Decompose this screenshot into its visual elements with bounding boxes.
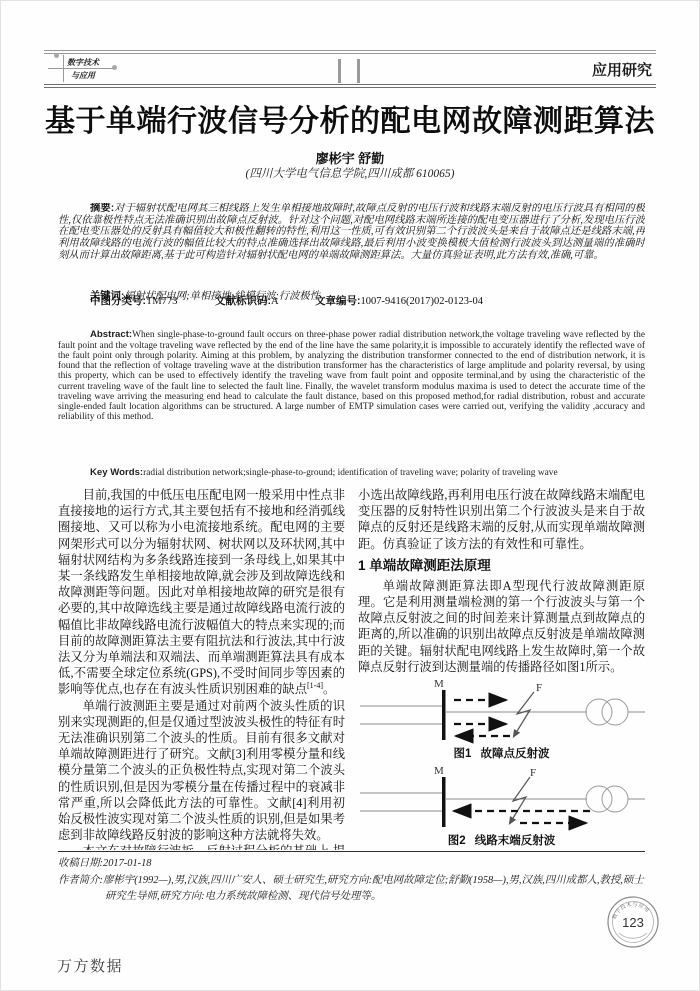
busbar-label: M [434, 676, 444, 692]
page-title: 基于单端行波信号分析的配电网故障测距算法 [0, 96, 700, 140]
journal-page: 数字技术 与应用 应用研究 基于单端行波信号分析的配电网故障测距算法 廖彬宇 舒… [0, 0, 700, 991]
header-tick-mark [338, 59, 341, 83]
figure-1: M F 图1故障点反射波 [358, 678, 645, 762]
journal-logo: 数字技术 与应用 [52, 56, 142, 84]
transformer-icon [586, 786, 628, 812]
right-column: 小选出故障线路,再利用电压行波在故障线路末端配电变压器的反射特性识别出第二个行波… [358, 487, 645, 850]
paragraph-2: 单端行波测距主要是通过对前两个波头性质的识别来实现测距的,但是仅通过型波波头极性… [58, 698, 345, 844]
section-heading-1: 1 单端故障测距法原理 [358, 557, 645, 574]
traveling-wave-arrows [454, 700, 510, 736]
page-stamp-seal-icon: 数字技术与应用 123 [604, 893, 662, 951]
fault-bolt-icon [514, 692, 534, 736]
abstract-cn: 摘要:对于辐射状配电网其三相线路上发生单相接地故障时,故障点反射的电压行波和线路… [58, 203, 645, 285]
logo-divider [63, 55, 64, 82]
paragraph-5: 单端故障测距算法即A型现代行波故障测距原理。它是利用测量端检测的第一个行波波头与… [358, 578, 645, 675]
journal-name-line1: 数字技术 [67, 57, 99, 68]
article-id: 文章编号:1007-9416(2017)02-0123-04 [315, 293, 483, 308]
traveling-wave-arrows [454, 811, 590, 823]
footnote-divider [58, 851, 645, 852]
author-bio: 作者简介:廖彬宇(1992—),男,汉族,四川广安人、硕士研究生,研究方向:配电… [58, 873, 645, 906]
paragraph-3: 本文在对故障行波折、反射过程分析的基础上,提出了针对配电网辐射状网络的单端故障测… [58, 843, 345, 850]
figure-2-caption: 图2线路末端反射波 [358, 833, 645, 849]
paragraph-1: 目前,我国的中低压电压配电网一般采用中性点非直接接地的运行方式,其主要包括有不接… [58, 487, 345, 698]
meta-row: 中图分类号:TM773 文献标识码:A 文章编号:1007-9416(2017)… [58, 293, 645, 307]
abstract-en: Abstract:When single-phase-to-ground fau… [58, 330, 645, 462]
footnote: 收稿日期:2017-01-18 作者简介:廖彬宇(1992—),男,汉族,四川广… [58, 856, 645, 906]
keywords-en-label: Key Words: [90, 467, 143, 478]
citation-superscript: [1-4] [307, 681, 323, 690]
transformer-icon [586, 699, 628, 725]
logo-divider [48, 68, 114, 69]
abstract-cn-label: 摘要: [90, 203, 114, 214]
line-end-reflection-diagram [358, 765, 645, 831]
wanfang-watermark: 万方数据 [57, 955, 123, 976]
fault-bolt-icon [510, 777, 530, 823]
busbar [442, 690, 446, 740]
figure-2: M F 图2线路末端反射波 [358, 765, 645, 849]
page-number-stamp: 数字技术与应用 123 [604, 893, 662, 951]
keywords-en: Key Words:radial distribution network;si… [58, 467, 645, 478]
paragraph-4: 小选出故障线路,再利用电压行波在故障线路末端配电变压器的反射特性识别出第二个行波… [358, 487, 645, 552]
document-code: 文献标识码:A [215, 293, 279, 308]
clc-number: 中图分类号:TM773 [90, 293, 178, 308]
abstract-cn-text: 对于辐射状配电网其三相线路上发生单相接地故障时,故障点反射的电压行波和线路末端反… [58, 203, 645, 260]
busbar [442, 777, 446, 827]
left-column: 目前,我国的中低压电压配电网一般采用中性点非直接接地的运行方式,其主要包括有不接… [58, 487, 345, 850]
logo-dot-icon [54, 53, 59, 58]
affiliation: (四川大学电气信息学院,四川成都 610065) [0, 165, 700, 181]
abstract-en-label: Abstract: [90, 330, 132, 340]
column-section-label: 应用研究 [592, 59, 652, 80]
busbar-label: M [434, 763, 444, 779]
header-tick-mark [357, 59, 360, 83]
article-body: 目前,我国的中低压电压配电网一般采用中性点非直接接地的运行方式,其主要包括有不接… [58, 487, 645, 850]
stamp-page-number: 123 [622, 915, 644, 930]
journal-name-line2: 与应用 [71, 70, 95, 81]
keywords-en-text: radial distribution network;single-phase… [143, 468, 557, 478]
page-header: 数字技术 与应用 应用研究 [44, 50, 656, 88]
fault-label: F [530, 765, 536, 781]
abstract-en-text: When single-phase-to-ground fault occurs… [58, 330, 645, 422]
received-date: 收稿日期:2017-01-18 [58, 856, 645, 873]
fault-point-reflection-diagram [358, 678, 645, 744]
fault-label: F [536, 680, 542, 696]
figure-1-caption: 图1故障点反射波 [358, 746, 645, 762]
